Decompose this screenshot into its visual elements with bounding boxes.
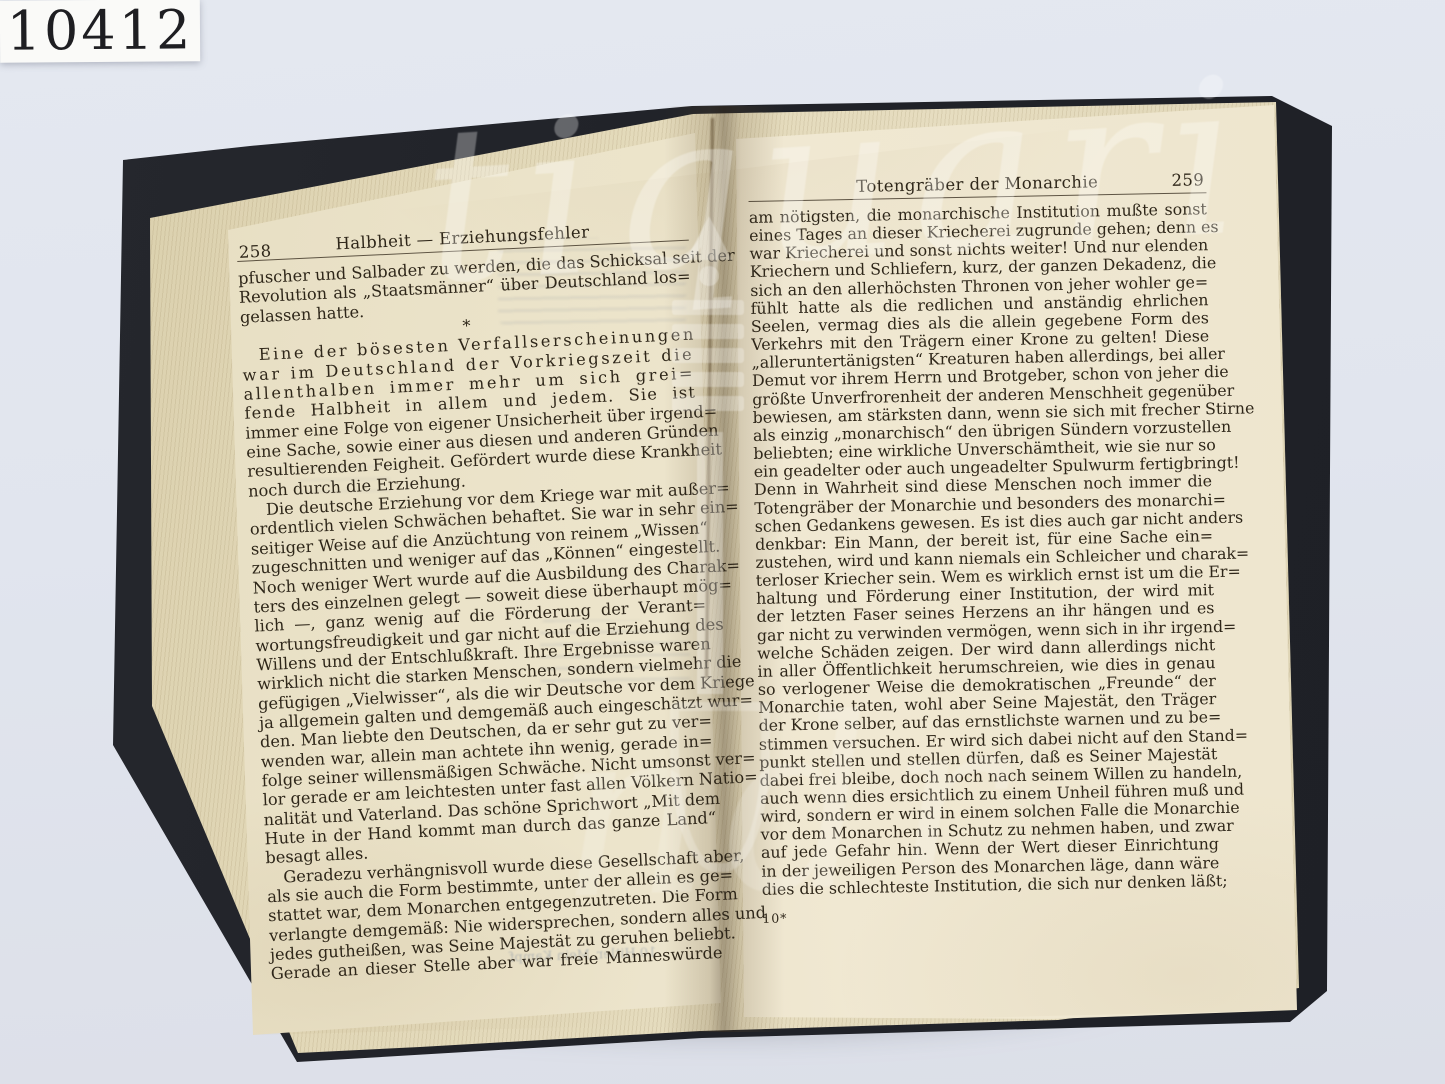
watermark-emblem-slat — [672, 372, 744, 387]
book-photo: 10 Hitler, Mein Kampf 258 Halbheit — Erz… — [0, 0, 1445, 1084]
watermark-emblem-slat — [672, 300, 744, 315]
right-page-number: 259 — [1171, 170, 1204, 190]
right-page-body: am nötigsten, die monarchische Instituti… — [749, 200, 1220, 899]
inventory-label: 10412 — [0, 0, 200, 63]
watermark-emblem-shaft — [697, 432, 723, 694]
watermark-emblem-slat — [672, 348, 744, 363]
inventory-number: 10412 — [6, 3, 193, 58]
watermark-emblem-window — [699, 266, 719, 286]
left-page-body: pfuscher und Salbader zu werden, die das… — [238, 248, 723, 984]
watermark-emblem-slat — [672, 396, 744, 411]
left-page-text: 258 Halbheit — Erziehungsfehler pfuscher… — [236, 213, 723, 984]
watermark-emblem-roof — [686, 216, 732, 260]
right-page-text: Totengräber der Monarchie 259 am nötigst… — [748, 165, 1220, 926]
watermark-emblem-slat — [672, 324, 744, 339]
